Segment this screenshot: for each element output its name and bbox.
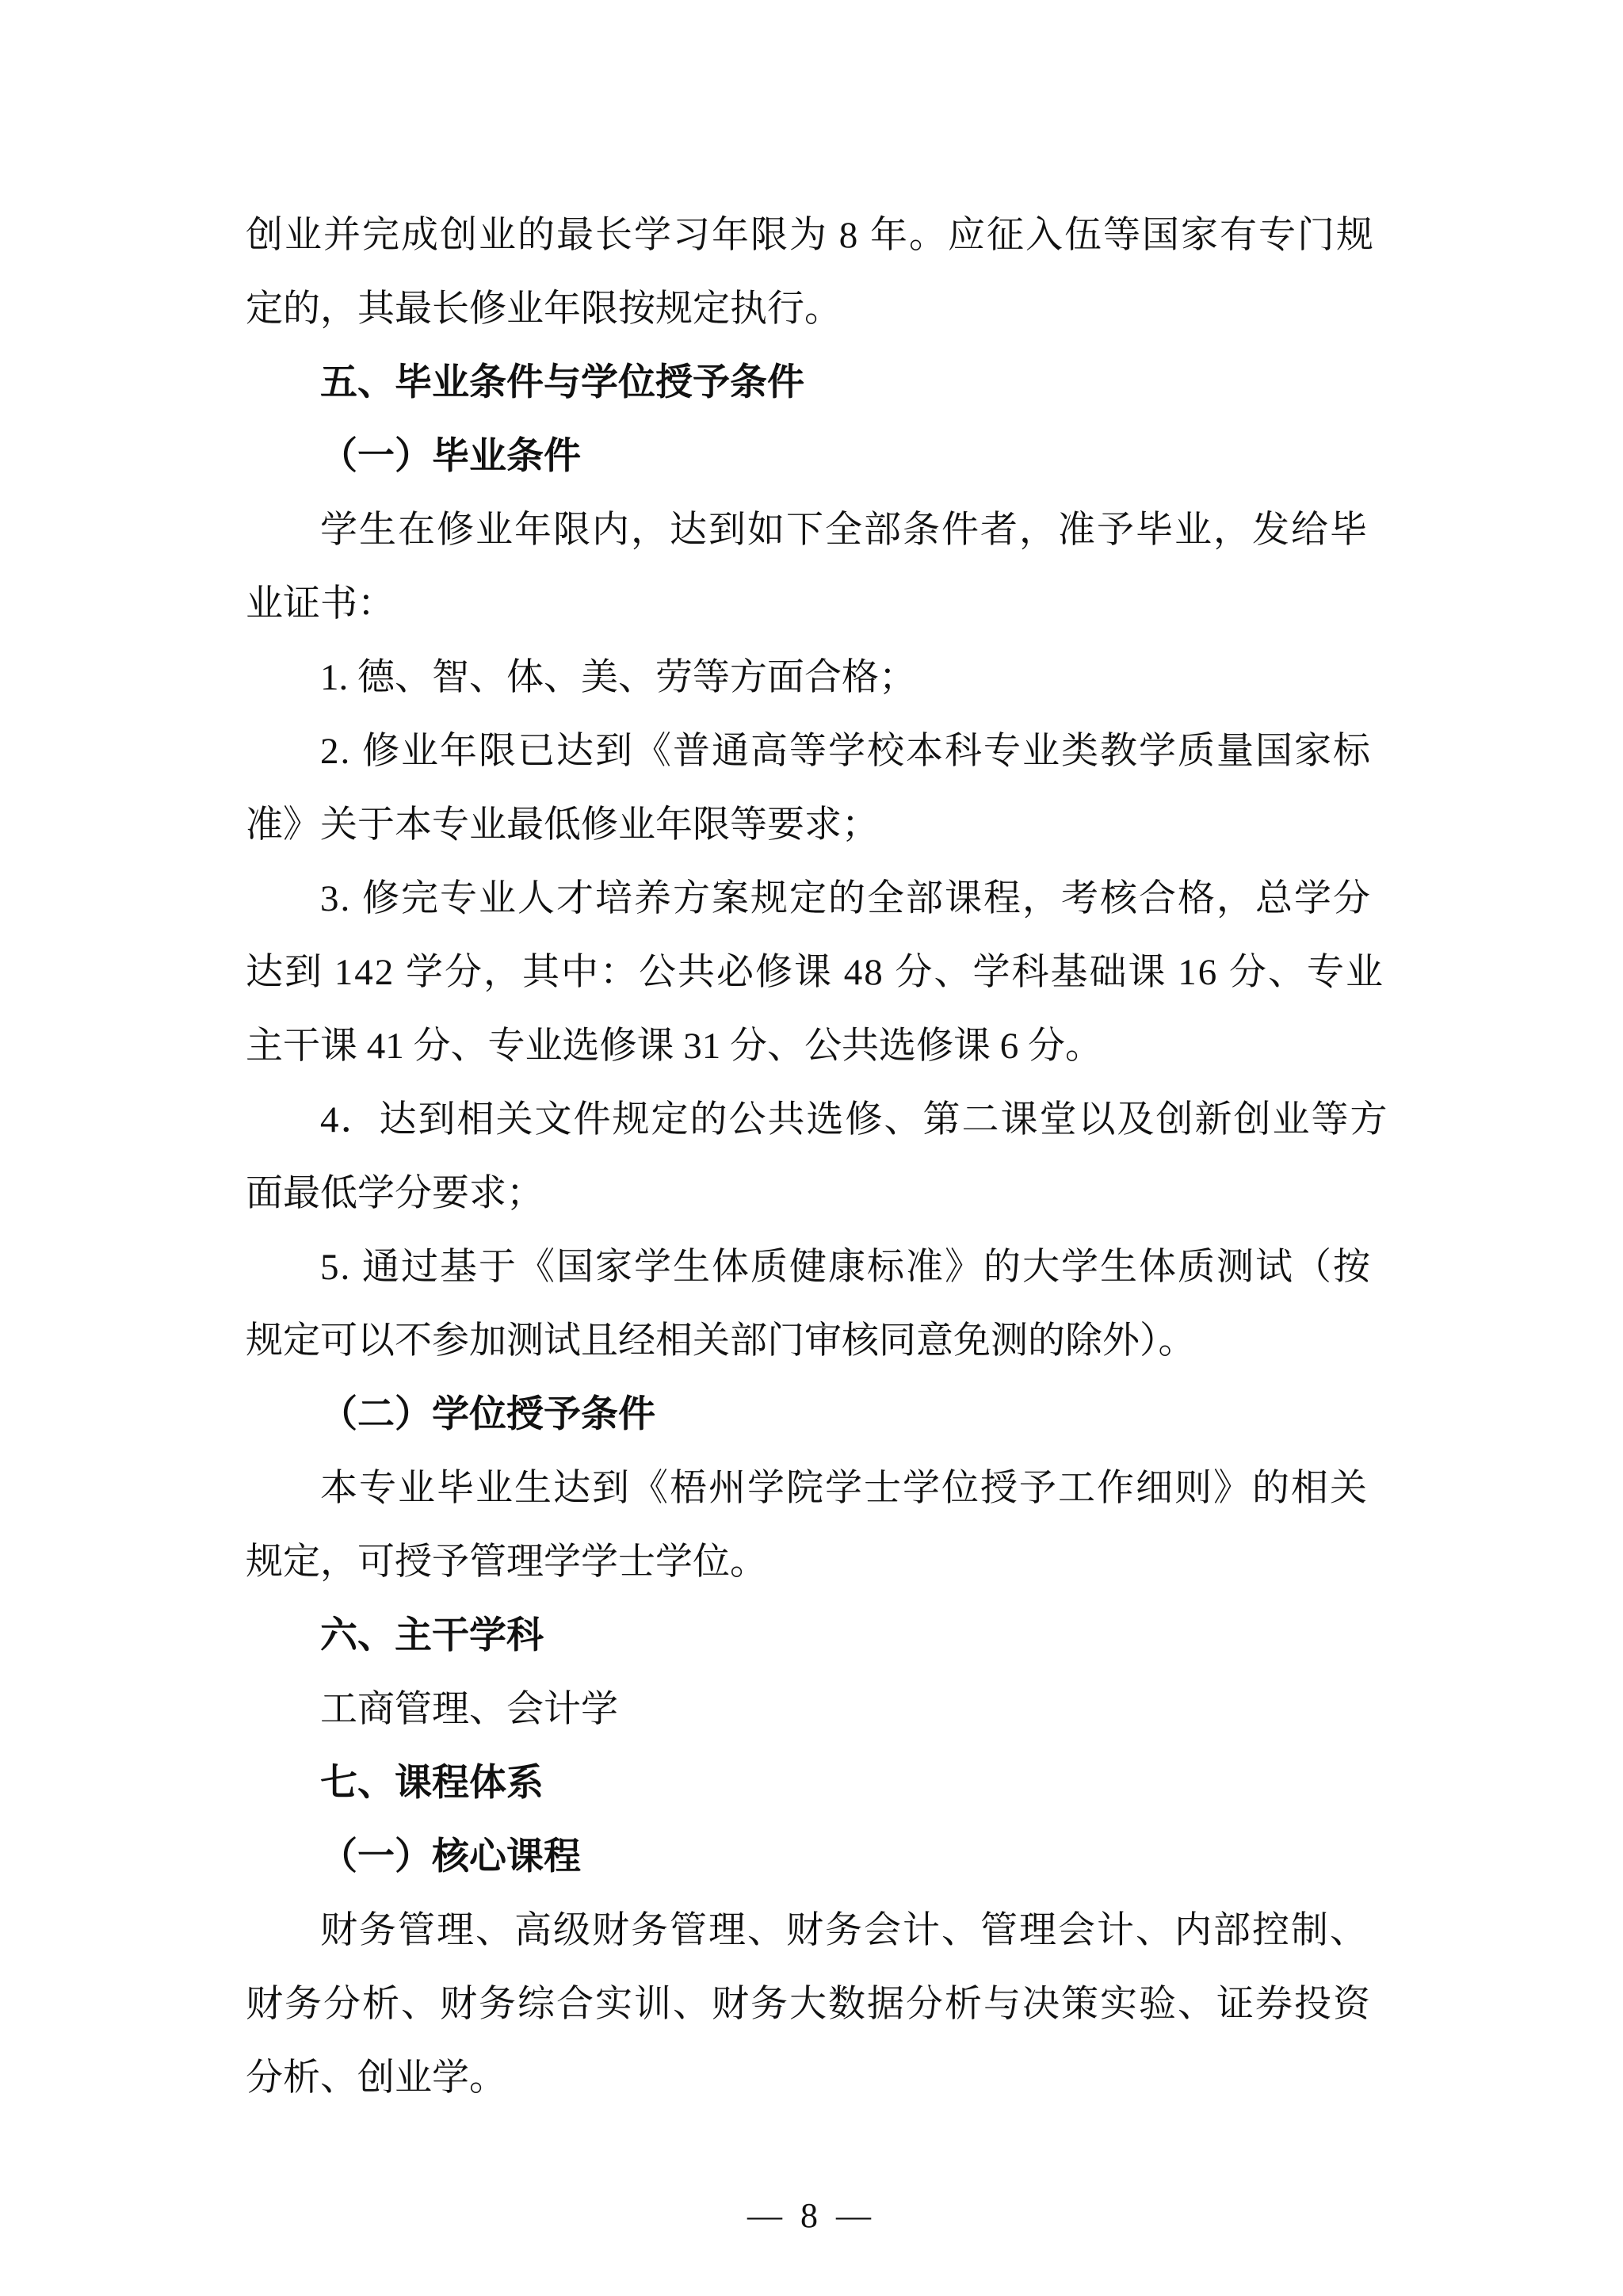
heading-line: 五、毕业条件与学位授予条件	[246, 346, 1377, 420]
heading-line: 六、主干学科	[246, 1599, 1377, 1673]
body-text-line: 规定可以不参加测试且经相关部门审核同意免测的除外）。	[246, 1305, 1377, 1378]
body-text-line: 学生在修业年限内，达到如下全部条件者，准予毕业，发给毕	[246, 494, 1377, 567]
document-page: 创业并完成创业的最长学习年限为 8 年。应征入伍等国家有专门规定的，其最长修业年…	[0, 0, 1623, 2296]
heading-line: （二）学位授予条件	[246, 1378, 1377, 1452]
body-text-line: 面最低学分要求；	[246, 1157, 1377, 1231]
body-text-line: 工商管理、会计学	[246, 1673, 1377, 1747]
body-text-line: 2. 修业年限已达到《普通高等学校本科专业类教学质量国家标	[246, 715, 1377, 789]
body-text-line: 业证书：	[246, 567, 1377, 641]
heading-line: （一）核心课程	[246, 1820, 1377, 1894]
page-number: — 8 —	[0, 2179, 1623, 2252]
body-text-line: 5. 通过基于《国家学生体质健康标准》的大学生体质测试（按	[246, 1231, 1377, 1305]
body-text-line: 创业并完成创业的最长学习年限为 8 年。应征入伍等国家有专门规	[246, 199, 1377, 273]
body-text-line: 主干课 41 分、专业选修课 31 分、公共选修课 6 分。	[246, 1010, 1377, 1083]
document-body: 创业并完成创业的最长学习年限为 8 年。应征入伍等国家有专门规定的，其最长修业年…	[246, 199, 1377, 2115]
body-text-line: 1. 德、智、体、美、劳等方面合格；	[246, 641, 1377, 715]
heading-line: （一）毕业条件	[246, 420, 1377, 494]
body-text-line: 定的，其最长修业年限按规定执行。	[246, 273, 1377, 346]
body-text-line: 达到 142 学分，其中：公共必修课 48 分、学科基础课 16 分、专业	[246, 936, 1377, 1010]
body-text-line: 本专业毕业生达到《梧州学院学士学位授予工作细则》的相关	[246, 1452, 1377, 1526]
heading-line: 七、课程体系	[246, 1747, 1377, 1820]
body-text-line: 规定，可授予管理学学士学位。	[246, 1526, 1377, 1599]
body-text-line: 财务管理、高级财务管理、财务会计、管理会计、内部控制、	[246, 1894, 1377, 1968]
body-text-line: 3. 修完专业人才培养方案规定的全部课程，考核合格，总学分	[246, 862, 1377, 936]
body-text-line: 准》关于本专业最低修业年限等要求；	[246, 789, 1377, 862]
body-text-line: 4．达到相关文件规定的公共选修、第二课堂以及创新创业等方	[246, 1083, 1377, 1157]
body-text-line: 分析、创业学。	[246, 2042, 1377, 2115]
body-text-line: 财务分析、财务综合实训、财务大数据分析与决策实验、证券投资	[246, 1968, 1377, 2042]
